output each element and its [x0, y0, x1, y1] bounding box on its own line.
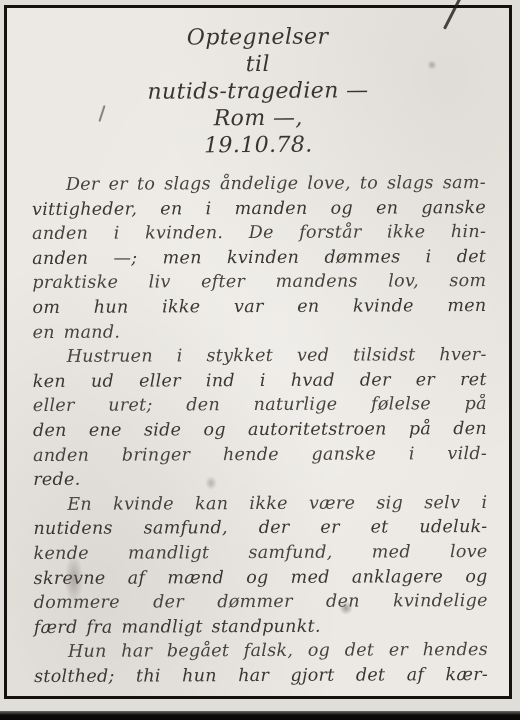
manuscript-line: færd fra mandligt standpunkt.: [34, 614, 488, 641]
manuscript-line: dommere der dømmer den kvindelige: [34, 589, 488, 616]
manuscript-line: eller uret; den naturlige følelse på: [33, 392, 487, 419]
manuscript-line: anden i kvinden. De forstår ikke hin-: [32, 220, 486, 247]
manuscript-line: Hun har begået falsk, og det er hendes: [34, 638, 488, 665]
manuscript-line: anden —; men kvinden dømmes i det: [32, 245, 486, 272]
manuscript-line: Hustruen i stykket ved tilsidst hver-: [33, 343, 487, 370]
manuscript-line: skrevne af mænd og med anklagere og: [34, 565, 488, 592]
paragraph: Hustruen i stykket ved tilsidst hver- ke…: [33, 343, 488, 493]
manuscript-line: vittigheder, en i manden og en ganske: [32, 196, 486, 223]
paragraph: Hun har begået falsk, og det er hendes s…: [34, 638, 488, 689]
manuscript-line: stolthed; thi hun har gjort det af kær-: [34, 663, 488, 690]
heading-line-title: Optegnelser: [7, 22, 509, 53]
manuscript-heading: Optegnelser til nutids-tragedien — Rom —…: [7, 22, 510, 161]
manuscript-scan: Optegnelser til nutids-tragedien — Rom —…: [0, 0, 520, 720]
heading-line-subtitle: nutids-tragedien —: [7, 76, 509, 107]
manuscript-line: den ene side og autoritetstroen på den: [33, 417, 487, 444]
page-frame: Optegnelser til nutids-tragedien — Rom —…: [4, 5, 512, 699]
heading-line-date: 19.10.78.: [7, 130, 509, 161]
manuscript-line: En kvinde kan ikke være sig selv i: [33, 491, 487, 518]
paragraph: En kvinde kan ikke være sig selv i nutid…: [33, 491, 488, 641]
manuscript-line: rede.: [33, 466, 487, 493]
manuscript-line: Der er to slags åndelige love, to slags …: [32, 171, 486, 198]
manuscript-body: Der er to slags åndelige love, to slags …: [32, 171, 488, 689]
manuscript-line: kende mandligt samfund, med love: [33, 540, 487, 567]
heading-line-place: Rom —,: [7, 103, 509, 134]
manuscript-line: nutidens samfund, der er et udeluk-: [33, 515, 487, 542]
manuscript-line: ken ud eller ind i hvad der er ret: [33, 368, 487, 395]
manuscript-line: praktiske liv efter mandens lov, som: [32, 269, 486, 296]
manuscript-line: om hun ikke var en kvinde men: [32, 294, 486, 321]
scan-edge-shadow: [0, 711, 520, 720]
paragraph: Der er to slags åndelige love, to slags …: [32, 171, 487, 345]
heading-line-til: til: [7, 49, 509, 80]
manuscript-line: en mand.: [33, 319, 487, 346]
manuscript-line: anden bringer hende ganske i vild-: [33, 442, 487, 469]
